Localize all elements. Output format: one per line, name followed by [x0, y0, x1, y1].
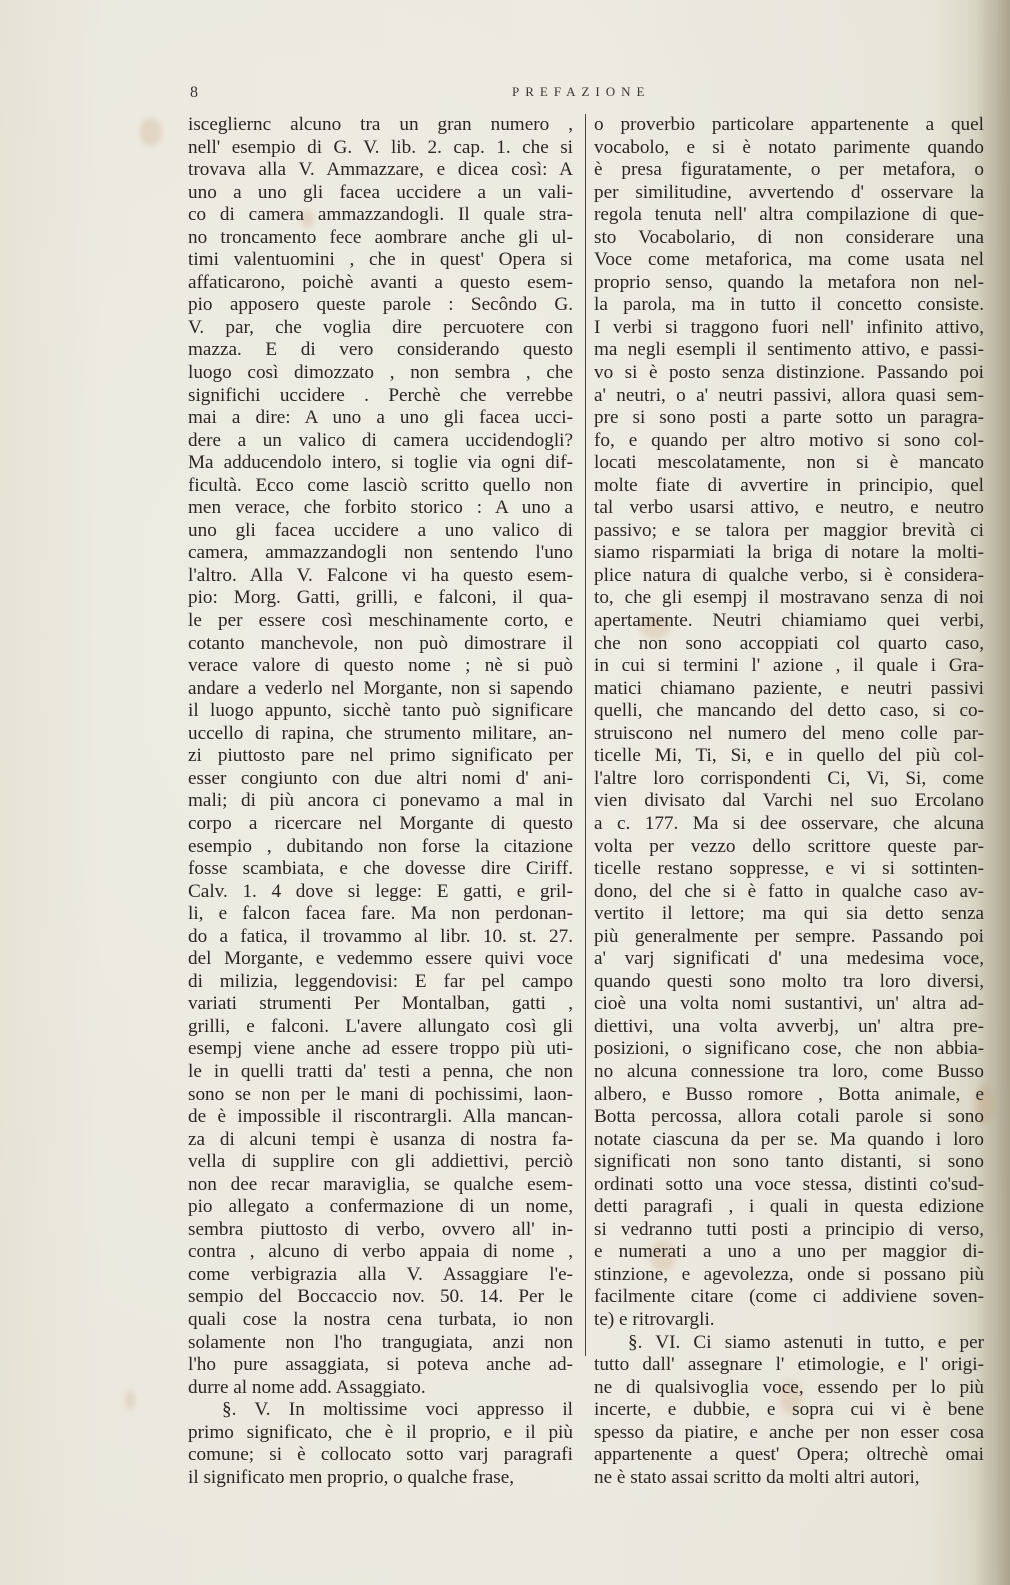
text-line: vella di supplire con gli addiettivi, pe…: [188, 1151, 573, 1174]
text-line: a c. 177. Ma si dee osservare, che alcun…: [594, 813, 984, 836]
text-line: V. par, che voglia dire percuotere con: [188, 317, 573, 340]
text-line: ne è stato assai scritto da molti altri …: [594, 1467, 984, 1490]
text-line: cioè una volta nomi sustantivi, un' altr…: [594, 993, 984, 1016]
text-line: che non sono accoppiati col quarto caso,: [594, 633, 984, 656]
text-line: ordinati sotto una voce stessa, distinti…: [594, 1174, 984, 1197]
text-line: za di alcuni tempi è usanza di nostra fa…: [188, 1129, 573, 1152]
text-line: di milizia, leggendovisi: E far pel camp…: [188, 971, 573, 994]
text-line: uno gli facea uccidere a uno valico di: [188, 520, 573, 543]
text-line: affaticarono, poichè avanti a questo ese…: [188, 272, 573, 295]
right-text-column: o proverbio particolare appartenente a q…: [594, 114, 984, 1489]
left-text-column: iscegliernc alcuno tra un gran numero ,n…: [188, 114, 573, 1489]
text-line: men verace, che forbito storico : A uno …: [188, 497, 573, 520]
text-line: verace valore di questo nome ; nè si può: [188, 655, 573, 678]
text-line: no troncamento fece aombrare anche gli u…: [188, 227, 573, 250]
text-line: più generalmente per sempre. Passando po…: [594, 926, 984, 949]
text-line: mazza. E di vero considerando questo: [188, 339, 573, 362]
text-line: Voce come metaforica, ma come usata nel: [594, 249, 984, 272]
text-line: fosse scambiata, e che dovesse dire Ciri…: [188, 858, 573, 881]
text-line: sembra piuttosto di verbo, ovvero all' i…: [188, 1219, 573, 1242]
text-line: pre si sono posti a parte sotto un parag…: [594, 407, 984, 430]
text-line: variati strumenti Per Montalban, gatti ,: [188, 993, 573, 1016]
text-line: si vedranno tutti posti a principio di v…: [594, 1219, 984, 1242]
text-line: passivo; e se talora per maggior brevità…: [594, 520, 984, 543]
text-line: primo significato, che è il proprio, e i…: [188, 1422, 573, 1445]
text-line: esempj viene anche ad essere troppo più …: [188, 1038, 573, 1061]
text-line: il significato men proprio, o qualche fr…: [188, 1467, 573, 1490]
text-line: è presa figuratamente, o per metafora, o: [594, 159, 984, 182]
text-line: dere a un valico di camera uccidendogli?: [188, 430, 573, 453]
text-line: la parola, ma in tutto il concetto consi…: [594, 294, 984, 317]
book-page: 8 PREFAZIONE iscegliernc alcuno tra un g…: [0, 0, 1010, 1585]
text-line: te) e ritrovargli.: [594, 1309, 984, 1332]
text-line: appartenente a quest' Opera; oltrechè om…: [594, 1444, 984, 1467]
text-line: in cui si termini l' azione , il quale i…: [594, 655, 984, 678]
text-line: pio: Morg. Gatti, grilli, e falconi, il …: [188, 587, 573, 610]
text-line: notate ciascuna da per se. Ma quando i l…: [594, 1129, 984, 1152]
text-line: Ma adducendolo intero, si toglie via ogn…: [188, 452, 573, 475]
text-line: regola tenuta nell' altra compilazione d…: [594, 204, 984, 227]
header-title: PREFAZIONE: [512, 84, 650, 100]
text-line: vien divisato dal Varchi nel suo Ercolan…: [594, 790, 984, 813]
text-line: facilmente citare (come ci addiviene sov…: [594, 1286, 984, 1309]
foxing-stain: [140, 118, 162, 146]
foxing-stain: [125, 1390, 135, 1410]
text-line: vo si è posto senza distinzione. Passand…: [594, 362, 984, 385]
running-head: 8 PREFAZIONE: [190, 84, 940, 104]
text-line: durre al nome add. Assaggiato.: [188, 1377, 573, 1400]
text-line: li, e falcon facea fare. Ma non perdonan…: [188, 903, 573, 926]
text-line: diettivi, una volta avverbj, un' altra p…: [594, 1016, 984, 1039]
text-line: mai a dire: A uno a uno gli facea ucci-: [188, 407, 573, 430]
text-line: locati mescolatamente, non si è mancato: [594, 452, 984, 475]
text-line: come verbigrazia alla V. Assaggiare l'e-: [188, 1264, 573, 1287]
text-line: nell' esempio di G. V. lib. 2. cap. 1. c…: [188, 137, 573, 160]
text-line: ficultà. Ecco come lasciò scritto quello…: [188, 475, 573, 498]
text-line: cotanto manchevole, non può dimostrare i…: [188, 633, 573, 656]
text-line: ma negli esempli il sentimento attivo, e…: [594, 339, 984, 362]
text-line: plice natura di qualche verbo, si è cons…: [594, 565, 984, 588]
text-line: timi valentuomini , che in quest' Opera …: [188, 249, 573, 272]
text-line: le in quelli tratti da' testi a penna, c…: [188, 1061, 573, 1084]
text-line: e numerati a uno a uno per maggior di-: [594, 1241, 984, 1264]
text-line: significati non sono tanto distanti, si …: [594, 1151, 984, 1174]
page-number: 8: [190, 84, 198, 102]
text-line: sto Vocabolario, di non considerare una: [594, 227, 984, 250]
text-line: mali; di più ancora ci ponevamo a mal in: [188, 790, 573, 813]
text-line: corpo a ricercare nel Morgante di questo: [188, 813, 573, 836]
text-line: I verbi si traggono fuori nell' infinito…: [594, 317, 984, 340]
text-line: comune; si è collocato sotto varj paragr…: [188, 1444, 573, 1467]
text-line: §. V. In moltissime voci appresso il: [188, 1399, 573, 1422]
text-line: a' varj significati d' una medesima voce…: [594, 948, 984, 971]
text-line: a' neutri, o a' neutri passivi, allora q…: [594, 385, 984, 408]
text-line: o proverbio particolare appartenente a q…: [594, 114, 984, 137]
text-line: proprio senso, quando la metafora non ne…: [594, 272, 984, 295]
text-line: spesso da piatire, e anche per non esser…: [594, 1422, 984, 1445]
text-line: contra , alcuno di verbo appaia di nome …: [188, 1241, 573, 1264]
text-line: incerte, e dubbie, e sopra cui vi è bene: [594, 1399, 984, 1422]
text-line: posizioni, o significano cose, che non a…: [594, 1038, 984, 1061]
text-line: co di camera ammazzandogli. Il quale str…: [188, 204, 573, 227]
text-line: andare a vederlo nel Morgante, non si sa…: [188, 678, 573, 701]
text-line: matici chiamano paziente, e neutri passi…: [594, 678, 984, 701]
text-line: §. VI. Ci siamo astenuti in tutto, e per: [594, 1332, 984, 1355]
text-line: stinzione, e agevolezza, onde si possano…: [594, 1264, 984, 1287]
text-line: esempio , dubitando non forse la citazio…: [188, 836, 573, 859]
text-line: luogo così dimozzato , non sembra , che: [188, 362, 573, 385]
text-line: trovava alla V. Ammazzare, e dicea così:…: [188, 159, 573, 182]
text-line: struiscono nel numero del meno colle par…: [594, 723, 984, 746]
text-line: siamo risparmiati la briga di notare la …: [594, 542, 984, 565]
text-line: dono, del che si è fatto in qualche caso…: [594, 881, 984, 904]
text-line: quali cose la nostra cena turbata, io no…: [188, 1309, 573, 1332]
text-line: grilli, e falconi. L'avere allungato cos…: [188, 1016, 573, 1039]
text-line: esser congiunto con due altri nomi d' an…: [188, 768, 573, 791]
text-line: to, che gli esempj il mostravano senza d…: [594, 587, 984, 610]
text-line: non dee recar maraviglia, se qualche ese…: [188, 1174, 573, 1197]
text-line: l'altre loro corrispondenti Ci, Vi, Si, …: [594, 768, 984, 791]
text-line: apertamente. Neutri chiamiamo quei verbi…: [594, 610, 984, 633]
text-line: solamente non l'ho trangugiata, anzi non: [188, 1332, 573, 1355]
text-line: per similitudine, avvertendo d' osservar…: [594, 182, 984, 205]
text-line: vertito il lettore; ma qui sia detto sen…: [594, 903, 984, 926]
text-line: no alcuna connessione tra loro, come Bus…: [594, 1061, 984, 1084]
text-line: uno a uno gli facea uccidere a un vali-: [188, 182, 573, 205]
text-line: Calv. 1. 4 dove si legge: E gatti, e gri…: [188, 881, 573, 904]
text-line: sono se non per le mani di pochissimi, l…: [188, 1084, 573, 1107]
text-line: tal verbo usarsi attivo, e neutro, e neu…: [594, 497, 984, 520]
text-line: significhi uccidere . Perchè che verrebb…: [188, 385, 573, 408]
text-line: Botta percossa, allora cotali parole si …: [594, 1106, 984, 1129]
text-line: molte fiate di avvertire in principio, q…: [594, 475, 984, 498]
text-line: fo, e quando per altro motivo si sono co…: [594, 430, 984, 453]
text-line: le per essere così meschinamente corto, …: [188, 610, 573, 633]
text-line: vocabolo, e si è notato parimente quando: [594, 137, 984, 160]
text-line: albero, e Busso romore , Botta animale, …: [594, 1084, 984, 1107]
text-line: l'ho pure assaggiata, si poteva anche ad…: [188, 1354, 573, 1377]
text-line: l'altro. Alla V. Falcone vi ha questo es…: [188, 565, 573, 588]
text-line: quelli, che mancando del detto caso, si …: [594, 700, 984, 723]
text-line: camera, ammazzandogli non sentendo l'uno: [188, 542, 573, 565]
text-line: ticelle restano soppresse, e vi si sotti…: [594, 858, 984, 881]
column-rule: [585, 114, 586, 1356]
text-line: detti paragrafi , i quali in questa ediz…: [594, 1196, 984, 1219]
text-line: ticelle Mi, Ti, Si, e in quello del più …: [594, 745, 984, 768]
text-line: uccello di rapina, che strumento militar…: [188, 723, 573, 746]
text-line: volta per vezzo dello scrittore queste p…: [594, 836, 984, 859]
text-line: zi piuttosto pare nel primo significato …: [188, 745, 573, 768]
text-line: iscegliernc alcuno tra un gran numero ,: [188, 114, 573, 137]
text-line: sempio del Boccaccio nov. 50. 14. Per le: [188, 1286, 573, 1309]
text-line: pio allegato a confermazione di un nome,: [188, 1196, 573, 1219]
text-line: quando questi sono molto tra loro divers…: [594, 971, 984, 994]
text-line: do a fatica, il trovammo al libr. 10. st…: [188, 926, 573, 949]
text-line: tutto dall' assegnare l' etimologie, e l…: [594, 1354, 984, 1377]
text-line: ne di qualsivoglia voce, essendo per lo …: [594, 1377, 984, 1400]
text-line: pio apposero queste parole : Secôndo G.: [188, 294, 573, 317]
text-line: de è impossible il riscontrargli. Alla m…: [188, 1106, 573, 1129]
text-line: il luogo appunto, sicchè tanto può signi…: [188, 700, 573, 723]
text-line: del Morgante, e vedemmo essere quivi voc…: [188, 948, 573, 971]
